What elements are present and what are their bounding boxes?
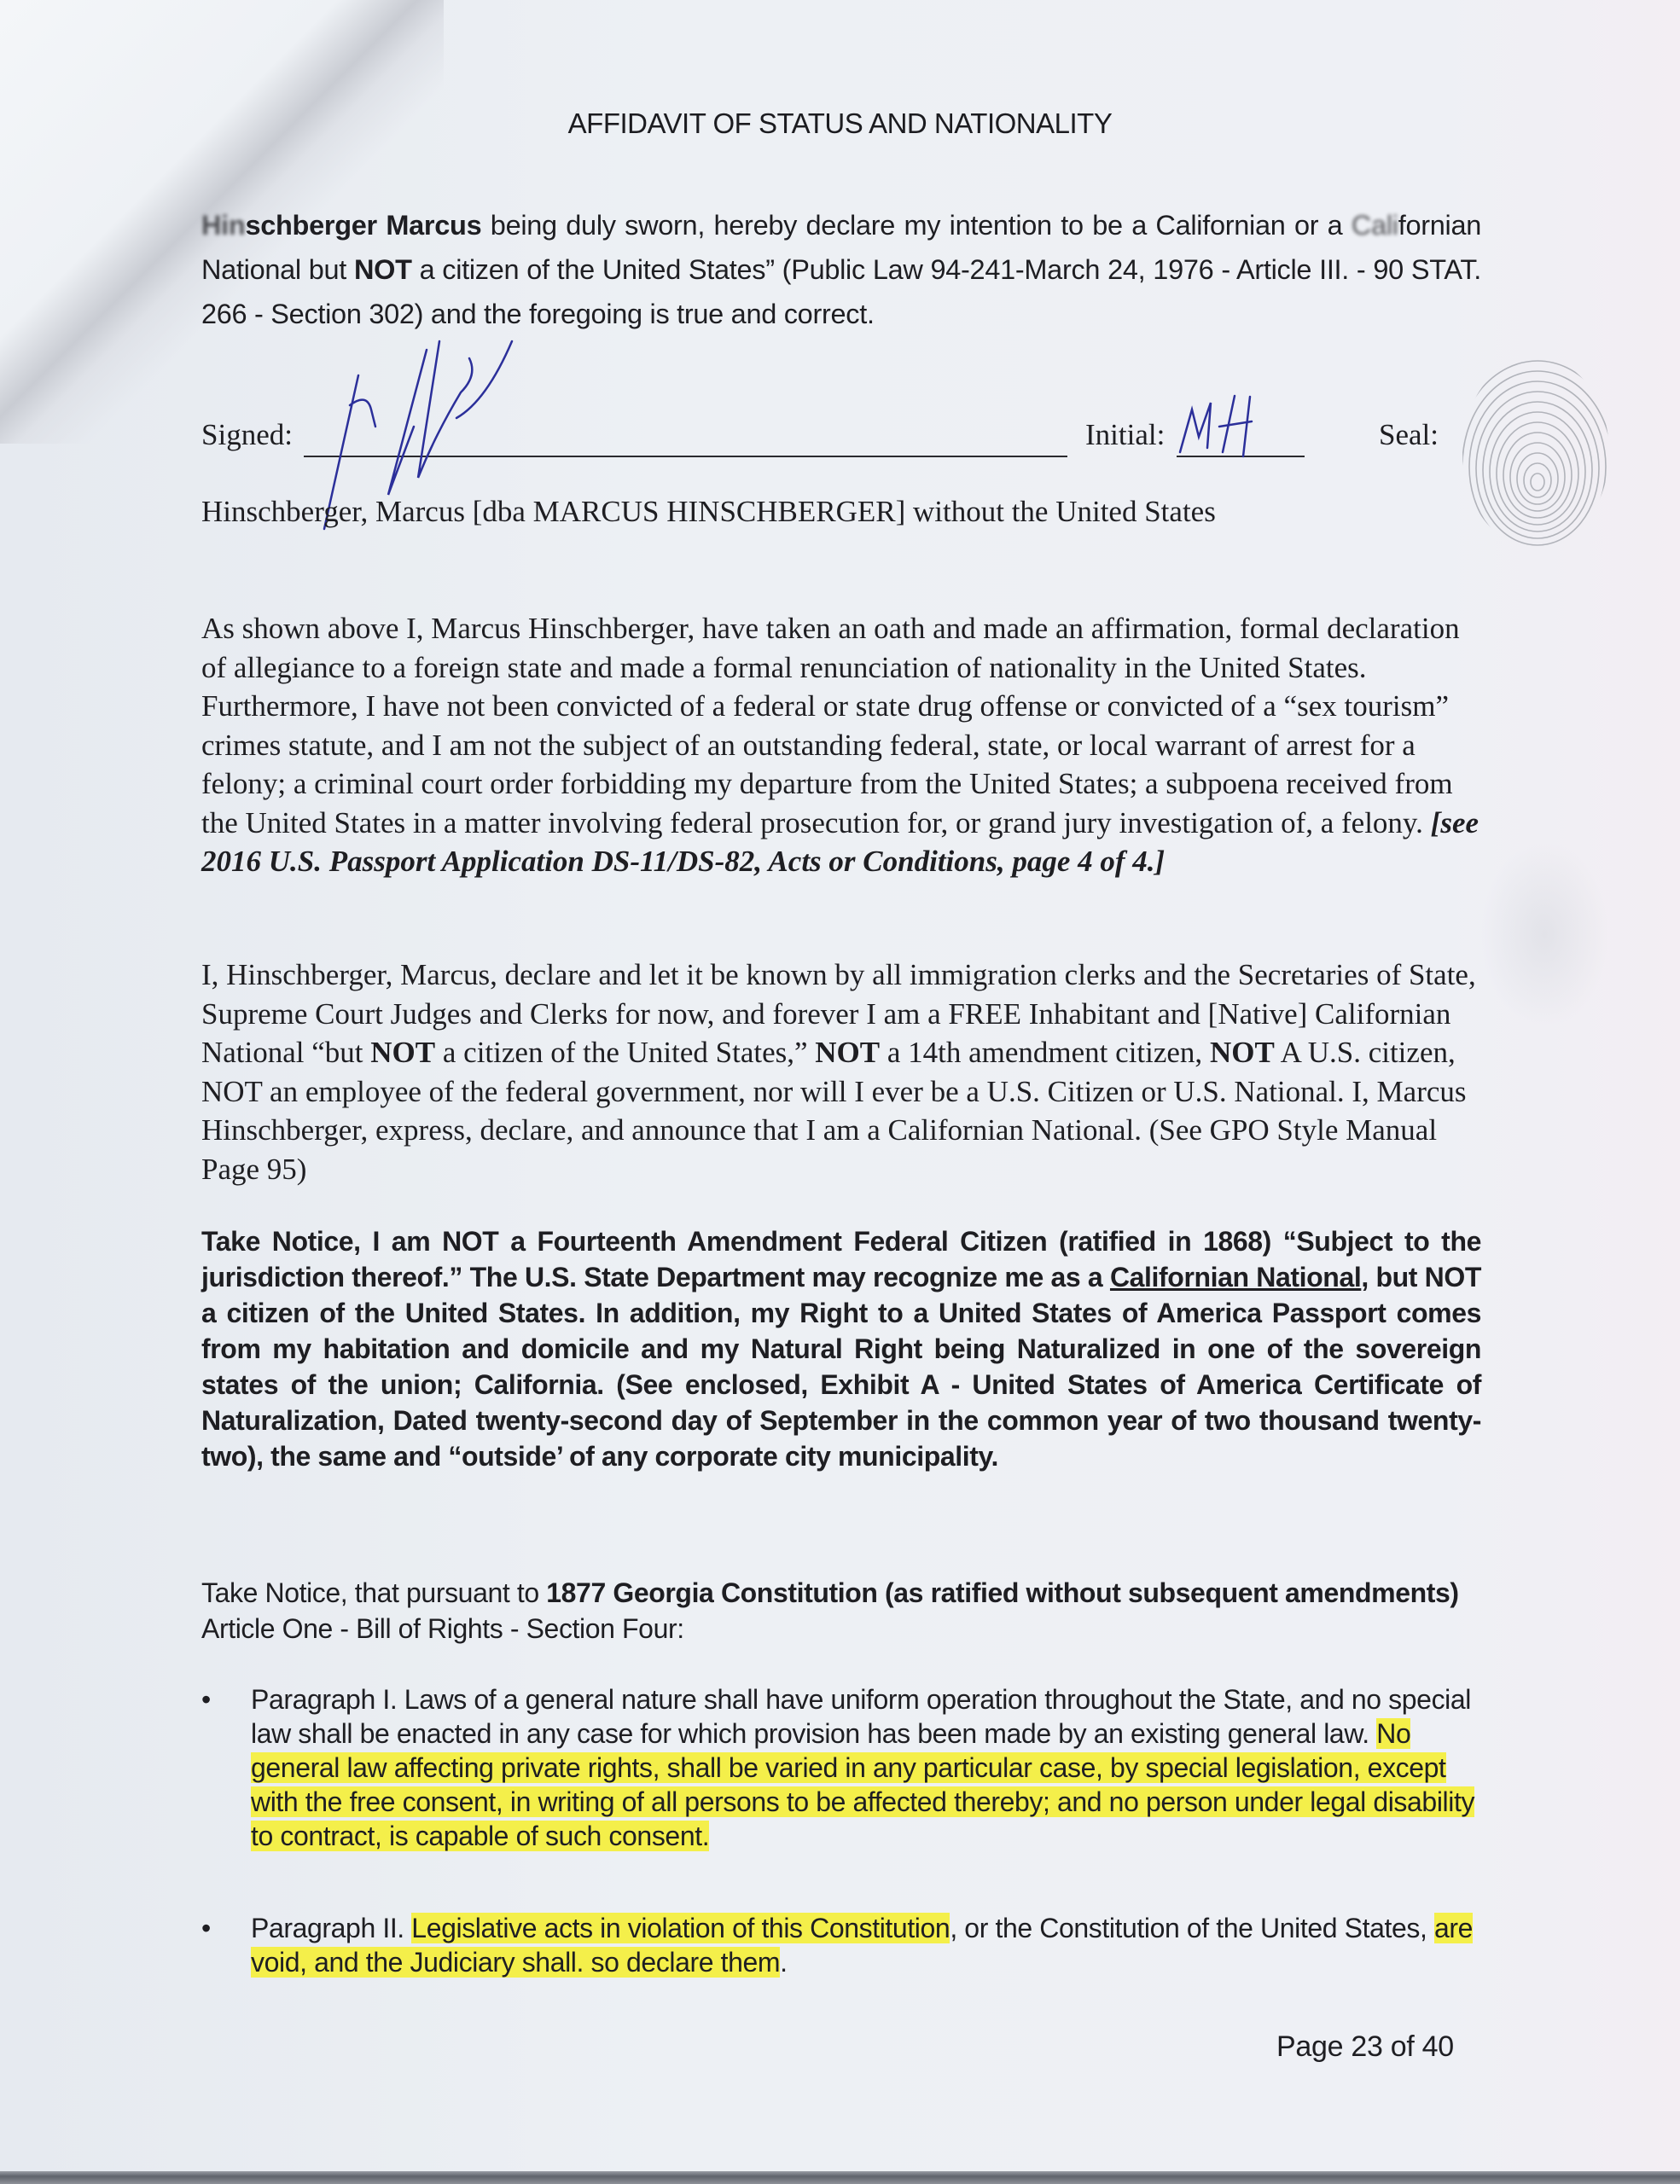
bullet-text: Paragraph II. bbox=[251, 1913, 411, 1943]
document-page: AFFIDAVIT OF STATUS AND NATIONALITY Hins… bbox=[0, 0, 1680, 2174]
intro-text: being duly sworn, hereby declare my inte… bbox=[481, 210, 1352, 241]
declaration-text: a 14th amendment citizen, bbox=[880, 1036, 1210, 1069]
highlighted-text: Legislative acts in violation of this Co… bbox=[411, 1913, 950, 1943]
underlined-term: Californian National bbox=[1110, 1262, 1361, 1292]
bullet-icon: • bbox=[201, 1682, 235, 1716]
bullet-icon: • bbox=[201, 1911, 235, 1945]
document-title: AFFIDAVIT OF STATUS AND NATIONALITY bbox=[0, 107, 1680, 140]
take-notice-paragraph: Take Notice, I am NOT a Fourteenth Amend… bbox=[201, 1223, 1481, 1474]
oath-text: As shown above I, Marcus Hinschberger, h… bbox=[201, 612, 1460, 839]
bullet-text: Paragraph I. Laws of a general nature sh… bbox=[251, 1684, 1471, 1749]
declaration-text: a citizen of the United States,” bbox=[435, 1036, 815, 1069]
affiant-name: schberger Marcus bbox=[245, 210, 481, 241]
emphasis-not: NOT bbox=[354, 254, 412, 285]
georgia-constitution-paragraph: Take Notice, that pursuant to 1877 Georg… bbox=[201, 1575, 1481, 1647]
dba-line: Hinschberger, Marcus [dba MARCUS HINSCHB… bbox=[201, 495, 1216, 529]
emphasis-not: NOT bbox=[370, 1036, 435, 1069]
page-number: Page 23 of 40 bbox=[1276, 2030, 1454, 2064]
handwritten-initials bbox=[1173, 384, 1267, 461]
oath-paragraph: As shown above I, Marcus Hinschberger, h… bbox=[201, 609, 1481, 881]
blurred-text: Hin bbox=[201, 210, 245, 241]
fingerprint-seal bbox=[1459, 354, 1613, 550]
bullet-paragraph-i: • Paragraph I. Laws of a general nature … bbox=[201, 1682, 1481, 1853]
georgia-constitution-reference: 1877 Georgia Constitution (as ratified w… bbox=[546, 1577, 1458, 1608]
bullet-paragraph-ii: • Paragraph II. Legislative acts in viol… bbox=[201, 1911, 1481, 1979]
notice-text: , but NOT a citizen of the United States… bbox=[201, 1262, 1481, 1472]
scanner-bottom-edge bbox=[0, 2171, 1680, 2184]
declaration-paragraph: I, Hinschberger, Marcus, declare and let… bbox=[201, 955, 1481, 1188]
blurred-text: Cali bbox=[1352, 210, 1398, 241]
emphasis-not: NOT bbox=[815, 1036, 880, 1069]
bullet-text: , or the Constitution of the United Stat… bbox=[950, 1913, 1434, 1943]
intro-paragraph: Hinschberger Marcus being duly sworn, he… bbox=[201, 203, 1481, 336]
bullet-text: . bbox=[780, 1947, 788, 1978]
initial-label: Initial: bbox=[1085, 418, 1165, 452]
emphasis-not: NOT bbox=[1210, 1036, 1275, 1069]
bleed-through-fingerprint bbox=[1480, 840, 1608, 1028]
seal-label: Seal: bbox=[1379, 418, 1439, 452]
georgia-text: Article One - Bill of Rights - Section F… bbox=[201, 1613, 684, 1644]
signed-label: Signed: bbox=[201, 418, 293, 452]
georgia-text: Take Notice, that pursuant to bbox=[201, 1577, 546, 1608]
